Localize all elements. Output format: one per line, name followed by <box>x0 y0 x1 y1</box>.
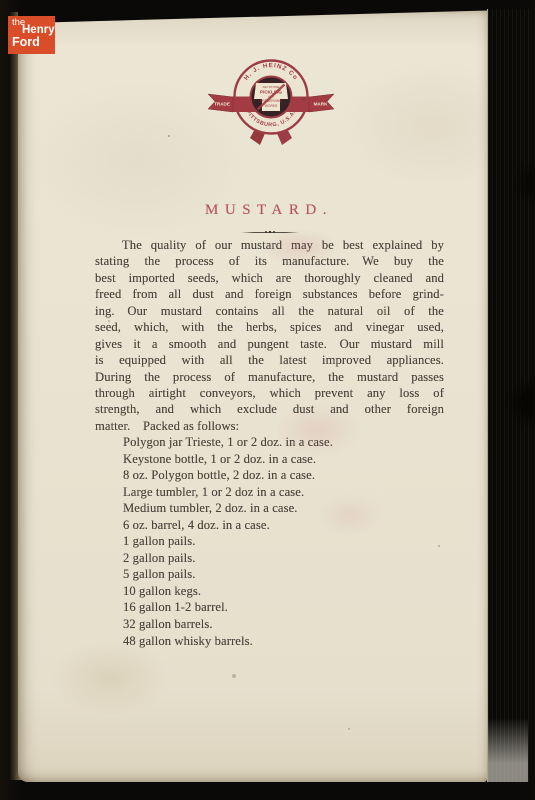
scanned-photo: H. J. HEINZ Co PITTSBURG, U.S.A. KEYSTON… <box>0 0 535 800</box>
ornament-rule <box>241 230 299 234</box>
paragraph-line: During the process of manufacture, the m… <box>95 369 444 385</box>
paragraph-line: is equipped with all the latest improved… <box>95 352 444 368</box>
book-page-edges <box>487 9 532 782</box>
paragraph-line: matter. Packed as follows: <box>95 418 444 434</box>
paragraph-line: strength, and which exclude dust and oth… <box>95 401 444 417</box>
packing-list-item: Medium tumbler, 2 doz. in a case. <box>123 500 453 517</box>
paragraph-line: through airtight conveyors, which preven… <box>95 385 444 401</box>
paragraph-line: stating the process of its manufacture. … <box>95 253 444 269</box>
henry-ford-logo-ford: Ford <box>12 35 40 49</box>
packing-list-item: 48 gallon whisky barrels. <box>123 633 453 650</box>
seal-ribbon-right-text: MARK <box>314 102 328 107</box>
packing-list-item: 10 gallon kegs. <box>123 583 453 600</box>
paragraph-line: The quality of our mustard may be best e… <box>95 237 444 253</box>
page-title: MUSTARD. <box>95 202 443 219</box>
packing-list-item: 32 gallon barrels. <box>123 616 453 633</box>
paragraph-line: seed, which, with the herbs, spices and … <box>95 319 444 335</box>
seal-ribbon-left-text: TRADE <box>214 102 230 107</box>
book-page: H. J. HEINZ Co PITTSBURG, U.S.A. KEYSTON… <box>18 10 487 782</box>
packing-list-item: 6 oz. barrel, 4 doz. in a case. <box>123 517 453 534</box>
packing-list: Polygon jar Trieste, 1 or 2 doz. in a ca… <box>123 434 453 649</box>
henry-ford-logo: the Henry Ford <box>8 16 55 54</box>
paragraph-line: freed from all dust and foreign substanc… <box>95 286 444 302</box>
paragraph-line: best imported seeds, which are thoroughl… <box>95 270 444 286</box>
packing-list-item: 8 oz. Polygon bottle, 2 doz. in a case. <box>123 467 453 484</box>
seal-keystone-line1: KEYSTONE <box>263 85 280 89</box>
packing-list-item: 2 gallon pails. <box>123 550 453 567</box>
packing-list-item: Keystone bottle, 1 or 2 doz. in a case. <box>123 451 453 468</box>
seal-keystone-line5: WORKS <box>265 104 278 108</box>
body-paragraph: The quality of our mustard may be best e… <box>95 237 444 434</box>
page-gap-shadow <box>504 377 534 429</box>
paragraph-line: ing. Our mustard contains all the natura… <box>95 303 444 319</box>
packing-list-item: Polygon jar Trieste, 1 or 2 doz. in a ca… <box>123 434 453 451</box>
paragraph-line: gives it a smooth and pungent taste. Our… <box>95 336 444 352</box>
packing-list-item: Large tumbler, 1 or 2 doz in a case. <box>123 484 453 501</box>
packing-list-item: 5 gallon pails. <box>123 566 453 583</box>
packing-list-item: 16 gallon 1-2 barrel. <box>123 599 453 616</box>
heinz-trademark-seal: H. J. HEINZ Co PITTSBURG, U.S.A. KEYSTON… <box>206 53 336 149</box>
page-gap-shadow <box>512 161 534 205</box>
packing-list-item: 1 gallon pails. <box>123 533 453 550</box>
